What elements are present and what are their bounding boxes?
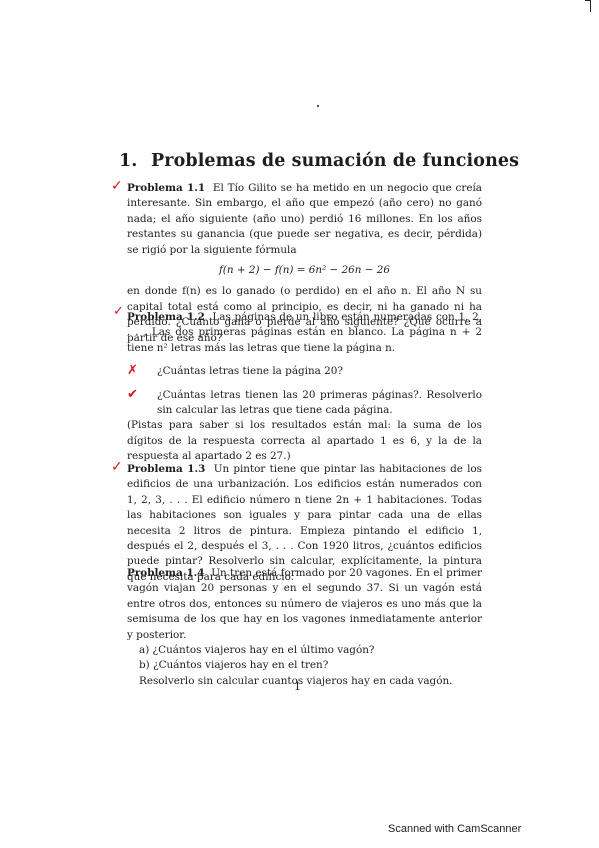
check-mark-icon: ✓ [111, 179, 123, 194]
question-item: a) ¿Cuántos viajeros hay en el último va… [127, 643, 482, 658]
check-mark-icon: ✓ [113, 304, 124, 319]
closing-text: Resolverlo sin calcular cuantos viajeros… [127, 674, 482, 689]
question-text: ¿Cuántas letras tienen las 20 primeras p… [157, 389, 482, 416]
section-title-text: Problemas de sumación de funciones [151, 151, 519, 171]
section-title: 1.Problemas de sumación de funciones [119, 151, 519, 171]
problem-title: Problema 1.3 [127, 463, 205, 475]
problem-text: Un pintor tiene que pintar las habitacio… [127, 463, 482, 583]
scanned-page: ✓ 1.Problemas de sumación de funciones ✓… [0, 0, 599, 848]
question-item: b) ¿Cuántos viajeros hay en el tren? [127, 658, 482, 673]
check-mark-icon: ✓ [111, 460, 123, 475]
hint-text: (Pistas para saber si los resultados est… [127, 418, 482, 464]
problem-title: Problema 1.1 [127, 182, 205, 194]
check-mark-icon: ✔ [127, 387, 138, 402]
section-number: 1. [119, 151, 151, 171]
scanner-watermark: Scanned with CamScanner [388, 823, 521, 835]
formula: f(n + 2) − f(n) = 6n² − 26n − 26 [127, 263, 482, 278]
scan-speck [317, 105, 319, 107]
problem-1-4: Problema 1.4 Un tren está formado por 20… [127, 566, 482, 689]
question-item: ✔ ¿Cuántas letras tienen las 20 primeras… [127, 388, 482, 419]
crop-mark [590, 0, 591, 12]
question-text: ¿Cuántas letras tiene la página 20? [157, 365, 343, 377]
problem-title: Problema 1.4 [127, 567, 205, 579]
page-number: 1 [294, 680, 301, 693]
problem-title: Problema 1.2 [127, 311, 205, 323]
problem-1-2: ✓ Problema 1.2 Las páginas de un libro e… [127, 310, 482, 465]
check-mark-icon: ✗ [127, 363, 138, 378]
question-item: ✗ ¿Cuántas letras tiene la página 20? [127, 364, 482, 379]
